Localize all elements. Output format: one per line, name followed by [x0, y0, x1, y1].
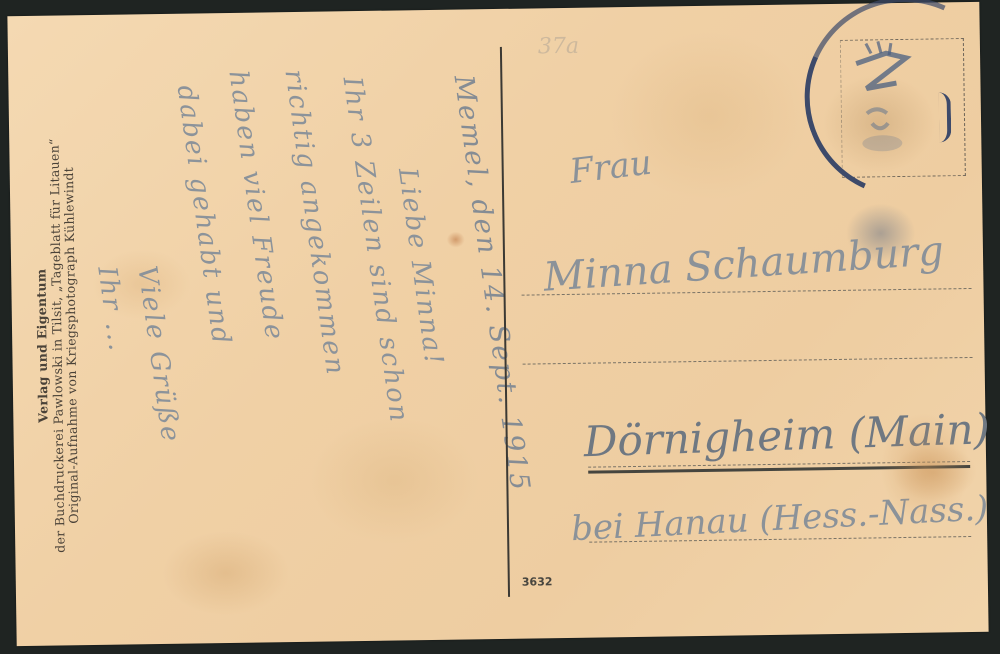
card-number: 3632: [522, 575, 553, 588]
address-salutation: Frau: [568, 143, 654, 192]
publisher-imprint: Verlag und Eigentum der Buchdruckerei Pa…: [32, 75, 84, 616]
message-column-6: Viele Grüße: [131, 264, 185, 445]
message-column-5: dabei gehabt und: [171, 83, 237, 347]
message-column-7: Ihr ...: [91, 265, 133, 355]
message-column-4: haben viel Freude: [222, 69, 289, 343]
stain: [447, 231, 465, 247]
message-date-line: Memel, den 14. Sept. 1915: [448, 73, 536, 494]
postmark-arc-icon: [939, 92, 952, 142]
pencil-catalog-note: 37a: [538, 34, 579, 60]
postcard-back: Verlag und Eigentum der Buchdruckerei Pa…: [7, 2, 988, 646]
postmark-icon: [776, 0, 1000, 226]
address-line-2: [523, 357, 973, 365]
message-column-3: richtig angekommen: [278, 68, 350, 378]
